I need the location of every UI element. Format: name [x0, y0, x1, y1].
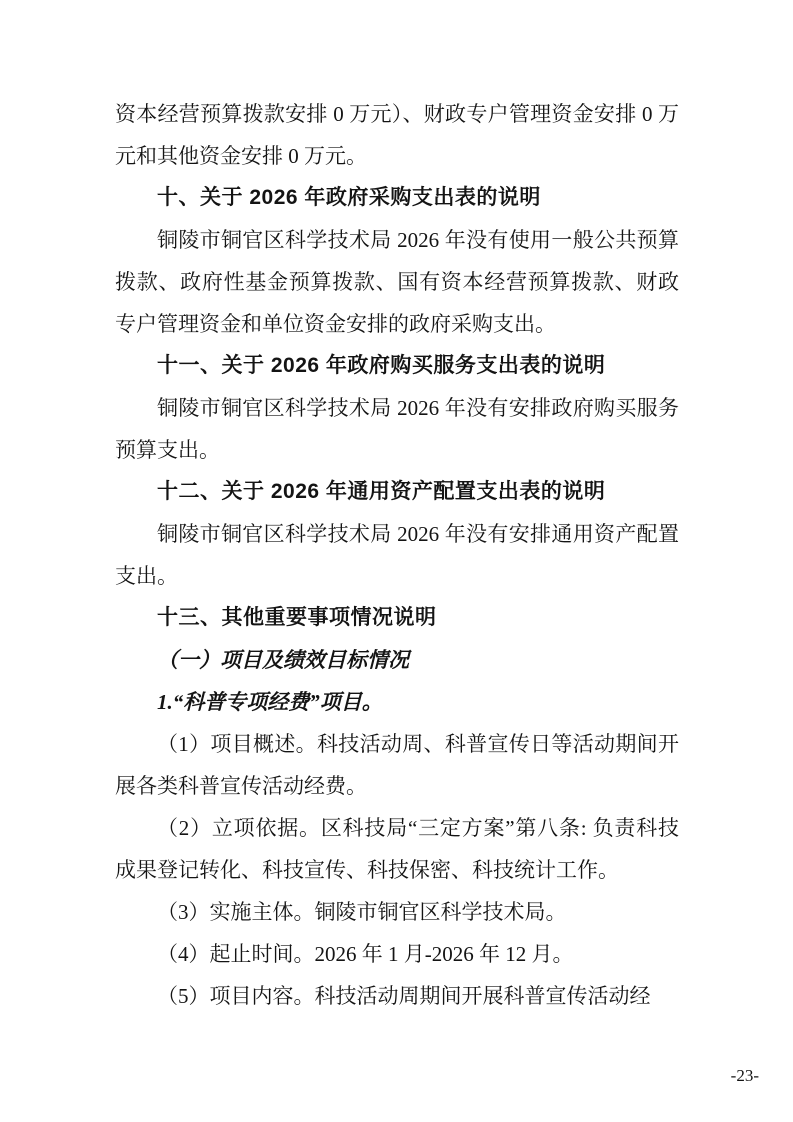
section-heading: 十三、其他重要事项情况说明: [115, 597, 679, 639]
subsection-heading: （一）项目及绩效目标情况: [115, 639, 679, 681]
body-paragraph: 铜陵市铜官区科学技术局 2026 年没有使用一般公共预算拨款、政府性基金预算拨款…: [115, 219, 679, 345]
project-heading: 1.“科普专项经费”项目。: [115, 681, 679, 723]
body-paragraph: 资本经营预算拨款安排 0 万元）、财政专户管理资金安排 0 万元和其他资金安排 …: [115, 93, 679, 177]
body-paragraph: （4）起止时间。2026 年 1 月-2026 年 12 月。: [115, 933, 679, 975]
section-heading: 十一、关于 2026 年政府购买服务支出表的说明: [115, 345, 679, 387]
body-paragraph: （3）实施主体。铜陵市铜官区科学技术局。: [115, 891, 679, 933]
section-heading: 十二、关于 2026 年通用资产配置支出表的说明: [115, 471, 679, 513]
body-paragraph: （2）立项依据。区科技局“三定方案”第八条: 负责科技成果登记转化、科技宣传、科…: [115, 807, 679, 891]
body-paragraph: 铜陵市铜官区科学技术局 2026 年没有安排政府购买服务预算支出。: [115, 387, 679, 471]
body-paragraph: （1）项目概述。科技活动周、科普宣传日等活动期间开展各类科普宣传活动经费。: [115, 723, 679, 807]
document-page: 资本经营预算拨款安排 0 万元）、财政专户管理资金安排 0 万元和其他资金安排 …: [0, 0, 793, 1122]
page-number: -23-: [731, 1066, 759, 1086]
body-paragraph: （5）项目内容。科技活动周期间开展科普宣传活动经: [115, 975, 679, 1017]
document-body: 资本经营预算拨款安排 0 万元）、财政专户管理资金安排 0 万元和其他资金安排 …: [115, 93, 679, 1017]
body-paragraph: 铜陵市铜官区科学技术局 2026 年没有安排通用资产配置支出。: [115, 513, 679, 597]
section-heading: 十、关于 2026 年政府采购支出表的说明: [115, 177, 679, 219]
